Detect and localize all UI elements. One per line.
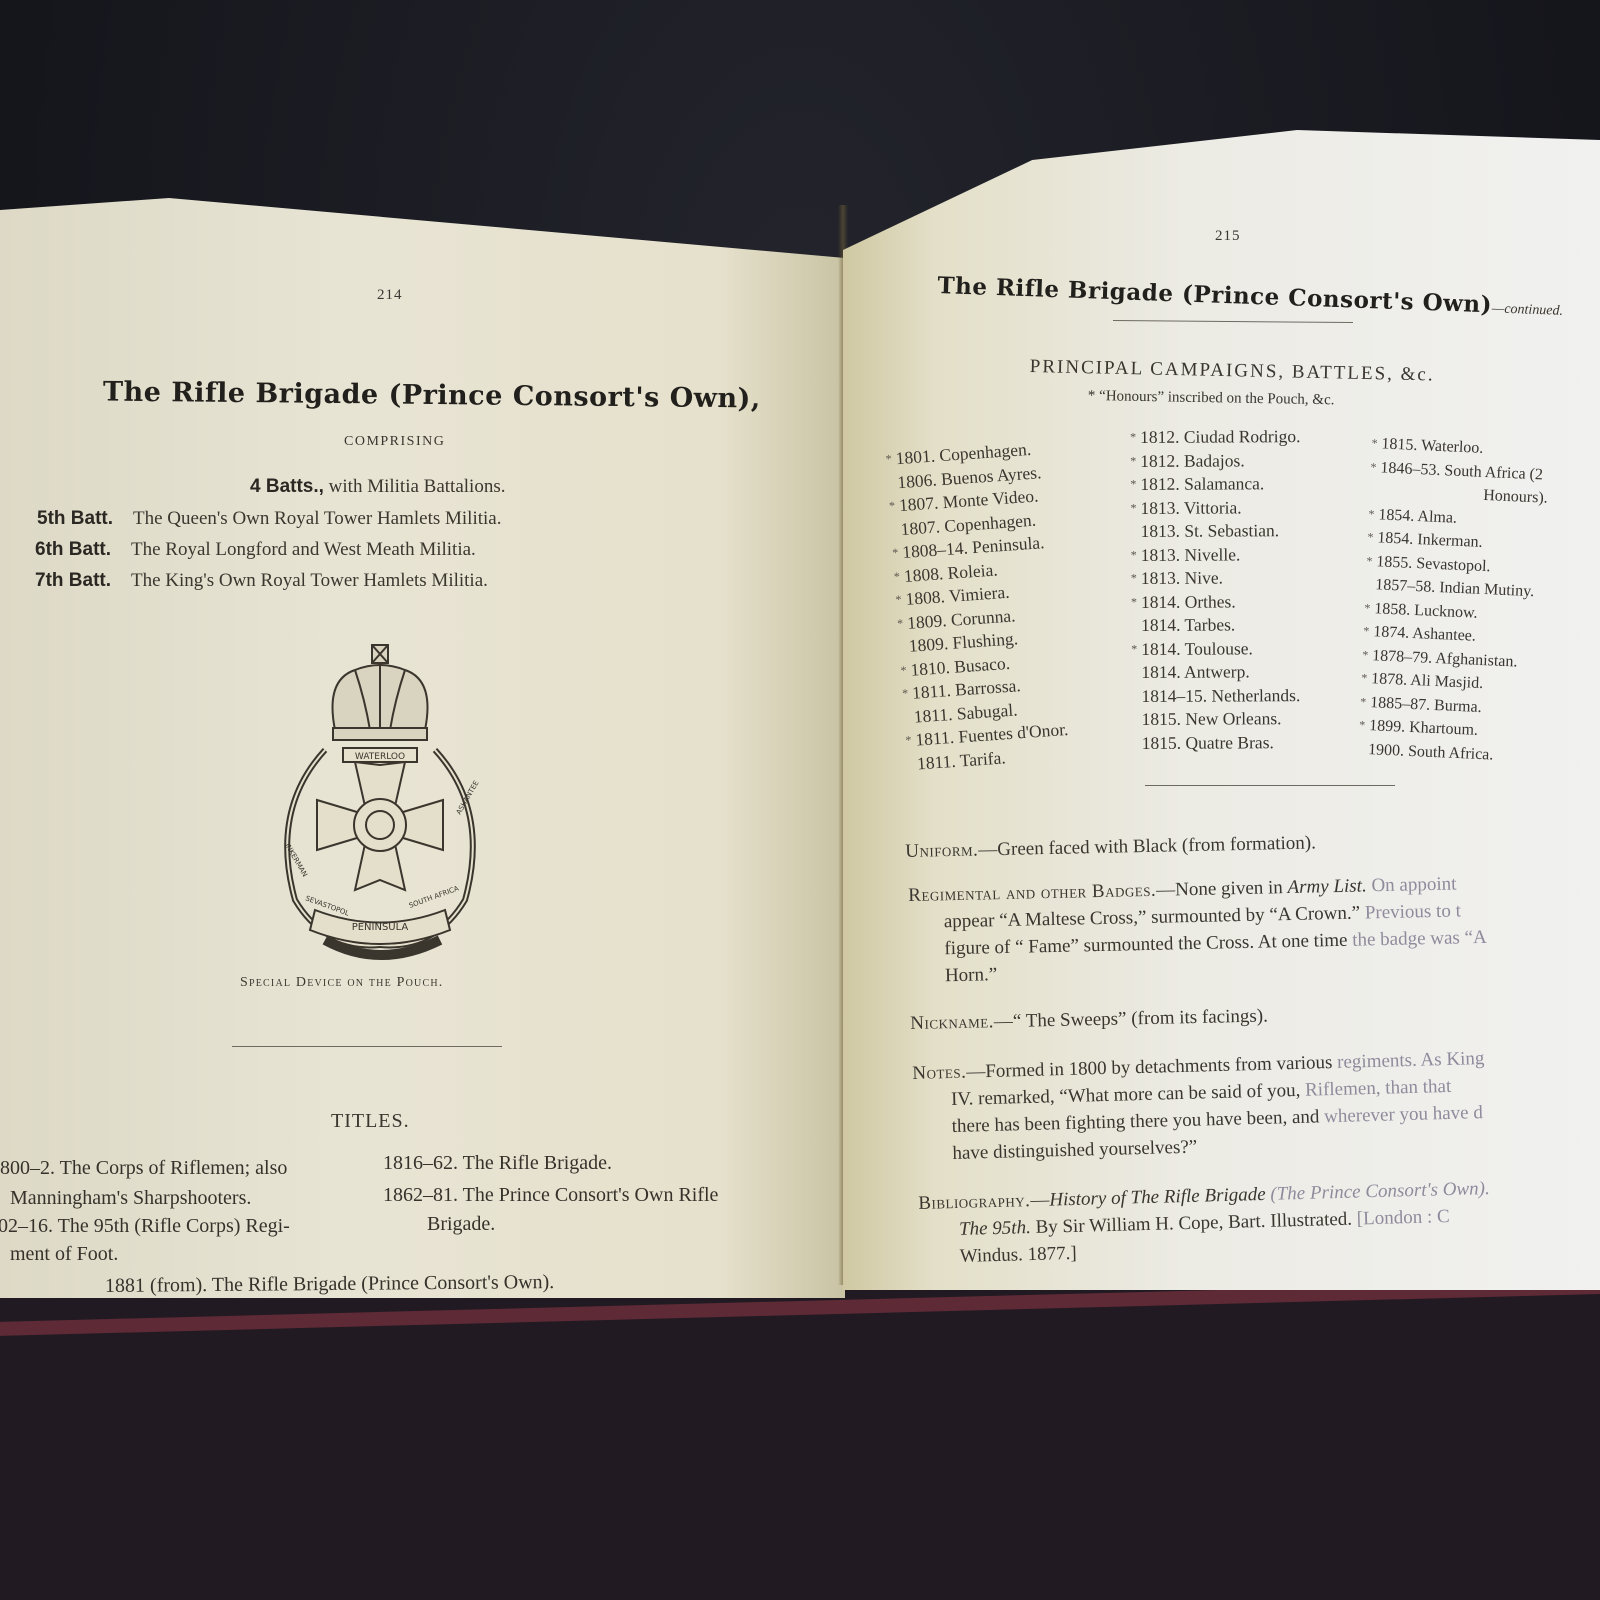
title-text: The Rifle Brigade (Prince Consort's Own)… (212, 1271, 555, 1296)
campaign-year: 1811. (913, 703, 953, 726)
campaign-name: Flushing. (952, 628, 1019, 653)
badges-section: Regimental and other Badges.—None given … (908, 870, 1488, 990)
honour-star: * (1131, 590, 1141, 614)
title-entry: 1816–62. The Rifle Brigade. (383, 1152, 612, 1175)
campaign-name: Afghanistan. (1435, 649, 1518, 670)
campaign-year: 1814. (1141, 591, 1180, 611)
campaign-entry: *1813. Nive. (1131, 566, 1302, 590)
bibliography-subtitle: The 95th. (959, 1217, 1031, 1240)
campaign-year: 1858. (1374, 600, 1411, 619)
campaign-name: Alma. (1417, 508, 1457, 527)
campaign-year: 1899. (1369, 717, 1406, 736)
campaign-year: 1813. (1141, 544, 1180, 564)
campaign-year: 1814. (1141, 615, 1180, 635)
campaign-year: 1811. (916, 750, 956, 773)
campaign-name: Netherlands. (1211, 685, 1300, 705)
campaign-name: Waterloo. (1421, 437, 1484, 457)
title-entry: 1881 (from). The Rifle Brigade (Prince C… (105, 1271, 554, 1298)
honour-star: * (1130, 449, 1140, 473)
campaign-year (1379, 482, 1380, 499)
battalion-label: 5th Batt. (13, 508, 113, 530)
campaign-name: Salamanca. (1184, 473, 1264, 493)
campaign-name: St. Sebastian. (1184, 520, 1279, 540)
svg-text:SOUTH AFRICA: SOUTH AFRICA (408, 884, 460, 909)
campaign-entry: *1814. Orthes. (1131, 590, 1302, 614)
title-entry: 1802–16. The 95th (Rifle Corps) Regi- (0, 1215, 290, 1238)
notes-label: Notes. (912, 1062, 967, 1084)
badge-caption: Special Device on the Pouch. (240, 975, 443, 991)
divider (232, 1046, 502, 1047)
battalion-row: 7th Batt.The King's Own Royal Tower Haml… (11, 570, 488, 592)
campaign-year: 1809. (907, 610, 948, 633)
heading-continued: —continued. (1492, 301, 1564, 318)
battalion-row: 5th Batt.The Queen's Own Royal Tower Ham… (13, 508, 501, 530)
badges-text-faded: On appoint (1367, 874, 1457, 897)
campaign-name: Orthes. (1185, 591, 1236, 611)
honour-star (887, 471, 897, 472)
campaign-name: Ali Masjid. (1410, 672, 1484, 692)
bibliography-text-faded: [London : C (1352, 1206, 1450, 1230)
campaign-name: South Africa. (1408, 742, 1494, 763)
title-years: 1881 (from). (105, 1274, 207, 1297)
left-page-number: 214 (377, 287, 403, 304)
title-text: The Prince Consort's Own Rifle (463, 1184, 719, 1206)
campaign-year: 1815. (1381, 435, 1418, 454)
campaign-entry: 1813. St. Sebastian. (1130, 519, 1301, 543)
honour-star (898, 635, 908, 636)
battalion-label: 7th Batt. (11, 570, 111, 592)
campaign-year: 1808. (905, 586, 946, 609)
campaign-entry: *1813. Nivelle. (1131, 543, 1302, 567)
nickname-label: Nickname. (910, 1011, 994, 1034)
campaign-name: Busaco. (953, 652, 1010, 676)
campaign-year: 1812. (1140, 450, 1179, 470)
comprising-label: COMPRISING (344, 434, 445, 450)
divider (1145, 785, 1395, 786)
campaign-entry: *1813. Vittoria. (1130, 496, 1301, 520)
campaign-name: South Africa (2 (1444, 462, 1543, 483)
campaign-year: 1815. (1141, 709, 1180, 729)
uniform-text: —Green faced with Black (from formation)… (978, 832, 1316, 860)
title-text: The 95th (Rifle Corps) Regi- (58, 1215, 290, 1237)
campaign-year: 1808–14. (902, 537, 969, 562)
campaign-name: Quatre Bras. (1185, 732, 1274, 752)
campaign-year: 1813. (1140, 521, 1179, 541)
campaign-year: 1874. (1373, 623, 1410, 642)
campaign-name: Tarbes. (1184, 614, 1235, 634)
campaign-name: Roleia. (947, 559, 998, 582)
honour-star (906, 752, 916, 753)
campaign-name: Inkerman. (1417, 531, 1483, 551)
title-years: 1800–2. (0, 1157, 55, 1179)
campaign-name: Monte Video. (942, 485, 1039, 512)
honour-star (903, 705, 913, 706)
svg-text:WATERLOO: WATERLOO (355, 752, 405, 762)
honour-star: * (1130, 426, 1140, 450)
svg-text:PENINSULA: PENINSULA (352, 922, 409, 933)
campaign-name: Indian Mutiny. (1439, 579, 1535, 600)
campaign-entry: *1812. Salamanca. (1130, 472, 1301, 496)
campaign-name: Tarifa. (959, 747, 1006, 770)
campaign-year: 1857–58. (1375, 576, 1436, 596)
campaign-name: Nive. (1184, 568, 1223, 588)
campaign-name: Copenhagen. (939, 439, 1032, 465)
campaign-name: Sabugal. (956, 699, 1018, 723)
battalions-count: 4 Batts., (250, 476, 324, 497)
campaign-year: 1814. (1141, 662, 1180, 682)
campaign-name: Ashantee. (1412, 625, 1476, 645)
bibliography-title: History of The Rifle Brigade (1049, 1184, 1266, 1211)
battalion-row: 6th Batt.The Royal Longford and West Mea… (11, 539, 476, 561)
campaign-year: 1878–79. (1372, 647, 1433, 667)
battalion-text: The King's Own Royal Tower Hamlets Milit… (131, 570, 488, 591)
title-text: The Rifle Brigade. (463, 1152, 612, 1174)
campaign-name: Ciudad Rodrigo. (1184, 426, 1301, 447)
campaign-year: 1809. (908, 633, 949, 656)
badges-text: —None given in (1156, 877, 1288, 901)
bibliography-section: Bibliography.—History of The Rifle Briga… (918, 1175, 1491, 1271)
campaign-year: 1812. (1140, 474, 1179, 494)
bibliography-label: Bibliography. (918, 1190, 1031, 1214)
campaigns-column-2: *1812. Ciudad Rodrigo.*1812. Badajos.*18… (1130, 425, 1302, 755)
right-page-number: 215 (1215, 228, 1241, 245)
campaign-year: 1801. (895, 446, 936, 469)
honour-star: * (1130, 496, 1140, 520)
title-entry-cont: ment of Foot. (10, 1243, 118, 1266)
campaign-name: Lucknow. (1414, 602, 1478, 622)
campaign-name: Nivelle. (1184, 544, 1240, 564)
campaign-name: Peninsula. (971, 532, 1045, 557)
regimental-badge-icon: WATERLOO PENINSULA INKERMAN ASHANTEE SEV… (255, 640, 505, 970)
battalion-text: The Royal Longford and West Meath Militi… (131, 539, 476, 560)
notes-text-faded: regiments. As King (1332, 1048, 1484, 1073)
campaign-year: 1811. (915, 727, 955, 750)
dash: — (1030, 1190, 1050, 1211)
honour-star: * (1131, 543, 1141, 567)
campaign-year: 1808. (903, 563, 944, 586)
bibliography-title-faded: (The Prince Consort's Own). (1265, 1178, 1490, 1205)
campaign-year: 1806. (897, 469, 938, 492)
campaign-year: 1815. (1142, 732, 1181, 752)
titles-heading: TITLES. (331, 1110, 410, 1133)
title-entry: 1800–2. The Corps of Riflemen; also (0, 1157, 287, 1180)
campaign-name: Vittoria. (1184, 497, 1242, 517)
campaign-year: 1814–15. (1141, 685, 1207, 705)
campaign-year: 1813. (1141, 568, 1180, 588)
title-entry-cont: Brigade. (427, 1213, 495, 1236)
campaign-year: 1807. (900, 516, 941, 539)
campaign-entry: 1814. Antwerp. (1131, 660, 1302, 684)
campaign-name: Vimiera. (948, 582, 1010, 606)
campaign-name: Toulouse. (1185, 638, 1253, 658)
title-entry-cont: Manningham's Sharpshooters. (10, 1187, 251, 1210)
campaign-year: 1812. (1140, 427, 1179, 447)
campaign-name: Corunna. (950, 605, 1016, 629)
bibliography-text: By Sir William H. Cope, Bart. Illustrate… (1031, 1209, 1353, 1238)
campaigns-column-3: *1815. Waterloo.*1846–53. South Africa (… (1358, 432, 1551, 768)
campaign-entry: *1812. Ciudad Rodrigo. (1130, 425, 1301, 449)
honour-star (890, 518, 900, 519)
battalion-text: The Queen's Own Royal Tower Hamlets Mili… (133, 508, 501, 529)
campaign-year: 1855. (1376, 553, 1413, 572)
honour-star: * (1131, 637, 1141, 661)
battalion-label: 6th Batt. (11, 539, 111, 561)
campaign-name: Antwerp. (1184, 661, 1250, 681)
campaign-year: 1854. (1378, 506, 1415, 525)
campaign-year: 1811. (911, 680, 951, 703)
title-years: 1802–16. (0, 1215, 53, 1237)
campaign-entry: *1812. Badajos. (1130, 449, 1301, 473)
campaign-year: 1807. (898, 492, 939, 515)
campaign-name: New Orleans. (1185, 708, 1281, 729)
title-years: 1862–81. (383, 1184, 458, 1206)
campaign-year: 1854. (1377, 529, 1414, 548)
campaign-entry: 1814. Tarbes. (1131, 613, 1302, 637)
notes-section: Notes.—Formed in 1800 by detachments fro… (912, 1045, 1487, 1168)
honour-star: * (1130, 473, 1140, 497)
battalions-intro-text: with Militia Battalions. (329, 476, 506, 497)
campaign-year: 1814. (1141, 638, 1180, 658)
notes-text-faded: wherever you have d (1319, 1102, 1483, 1127)
campaign-entry: 1815. New Orleans. (1131, 707, 1302, 731)
battalions-intro: 4 Batts., with Militia Battalions. (250, 476, 505, 498)
campaigns-column-1: *1801. Copenhagen.1806. Buenos Ayres.*18… (885, 437, 1071, 777)
honour-star: * (1131, 567, 1141, 591)
campaign-year: 1846–53. (1380, 459, 1441, 479)
campaign-name: Burma. (1434, 696, 1482, 715)
uniform-label: Uniform. (905, 839, 978, 862)
campaign-year: 1878. (1371, 670, 1408, 689)
title-years: 1816–62. (383, 1152, 458, 1174)
campaign-year: 1885–87. (1370, 694, 1431, 714)
army-list-italic: Army List. (1287, 875, 1367, 898)
title-entry: 1862–81. The Prince Consort's Own Rifle (383, 1184, 718, 1207)
campaign-name: Sevastopol. (1416, 555, 1491, 575)
campaign-entry: *1814. Toulouse. (1131, 637, 1302, 661)
badges-text: figure of “ Fame” surmounted the Cross. … (944, 930, 1347, 959)
campaign-name: Badajos. (1184, 450, 1245, 470)
campaign-entry: 1815. Quatre Bras. (1132, 731, 1303, 755)
campaign-entry: 1814–15. Netherlands. (1131, 684, 1302, 708)
campaign-year: 1810. (910, 657, 951, 680)
badges-text-faded: Previous to t (1360, 900, 1461, 923)
notes-text-faded: Riflemen, than that (1300, 1076, 1451, 1101)
title-text: The Corps of Riflemen; also (60, 1157, 288, 1179)
nickname-text: —“ The Sweeps” (from its facings). (994, 1006, 1268, 1033)
campaign-name: Barrossa. (954, 675, 1021, 700)
campaign-name: Khartoum. (1409, 719, 1479, 739)
campaign-year: 1900. (1368, 741, 1405, 760)
badges-text-faded: the badge was “A (1347, 927, 1487, 951)
campaign-name: Honours). (1383, 483, 1548, 507)
campaign-year: 1813. (1140, 497, 1179, 517)
badges-label: Regimental and other Badges. (908, 880, 1156, 906)
